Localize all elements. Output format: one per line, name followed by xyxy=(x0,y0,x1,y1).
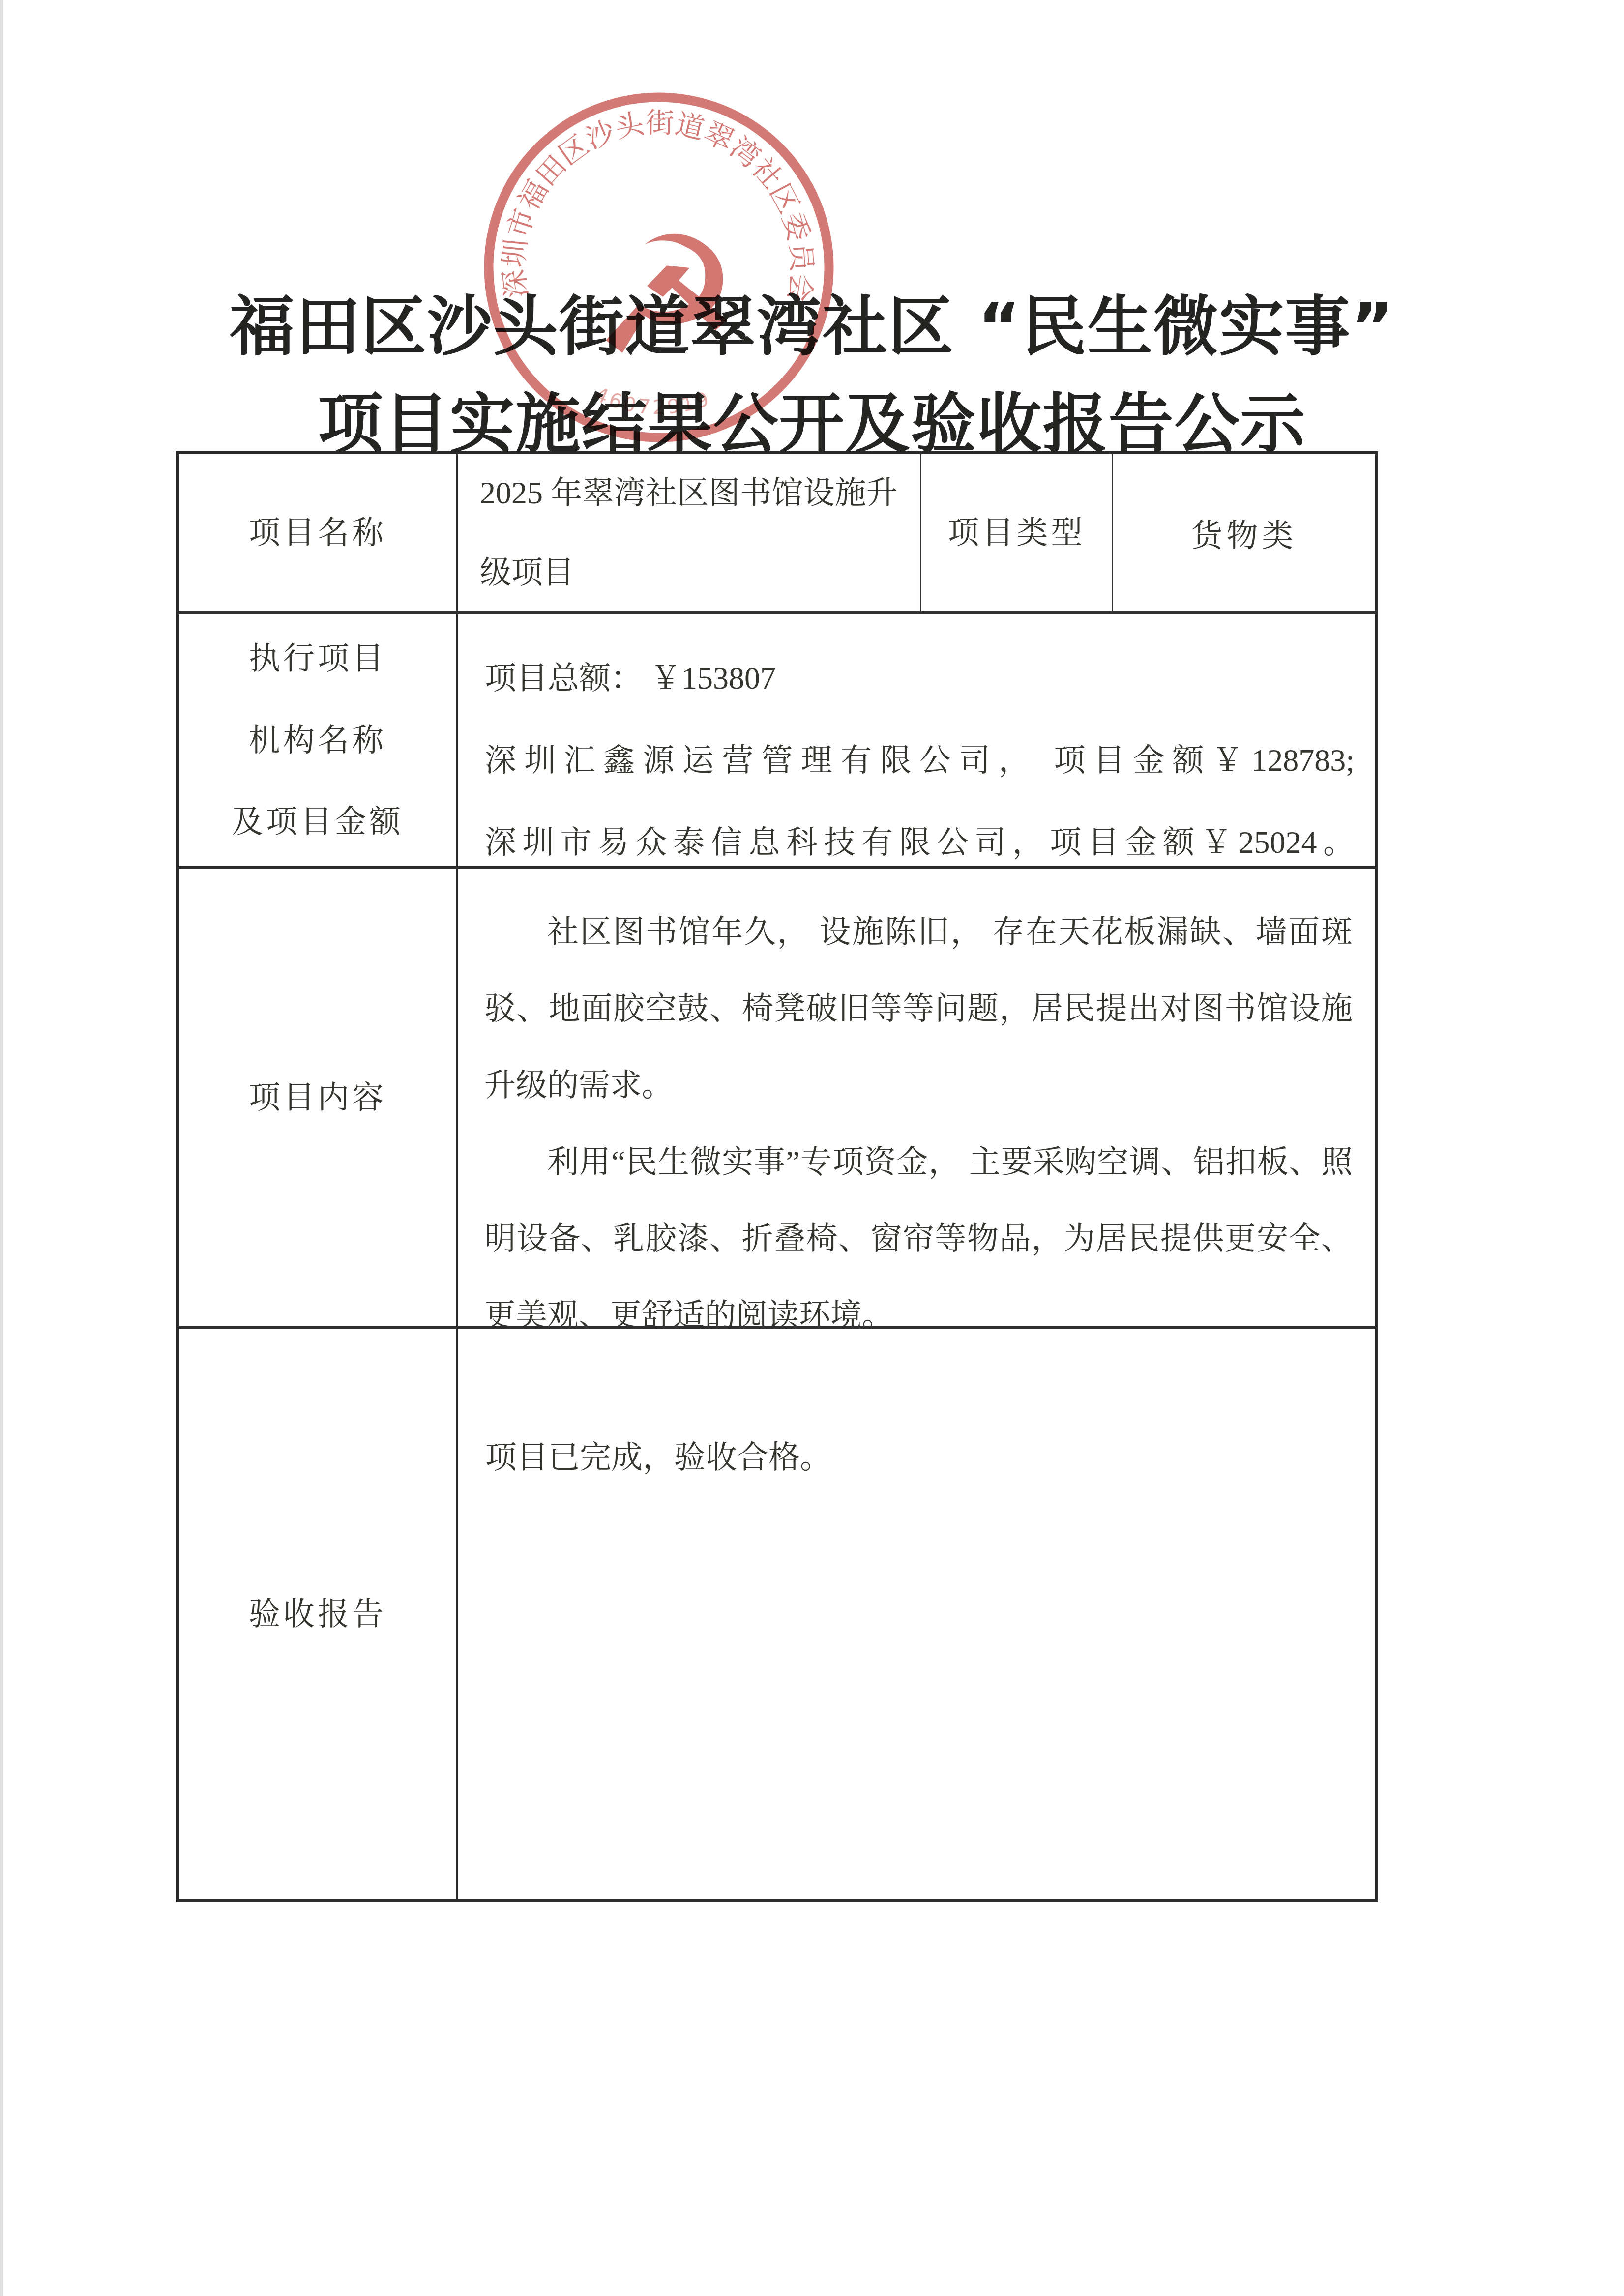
project-type-label-text: 项目类型 xyxy=(948,492,1086,574)
project-content-paragraph-1: 社区图书馆年久， 设施陈旧， 存在天花板漏缺、墙面斑驳、地面胶空鼓、椅凳破旧等等… xyxy=(484,894,1353,1124)
executing-org-label-line3: 及项目金额 xyxy=(232,781,404,863)
project-type-label: 项目类型 xyxy=(920,454,1112,611)
acceptance-report-text: 项目已完成，验收合格。 xyxy=(485,1418,1356,1497)
project-content-label: 项目内容 xyxy=(179,866,456,1326)
notice-table: 项目名称 2025 年翠湾社区图书馆设施升级项目 项目类型 货物类 执行项目 机… xyxy=(176,451,1378,1902)
acceptance-report-label-text: 验收报告 xyxy=(249,1573,386,1655)
project-content-paragraph-2: 利用“民生微实事”专项资金， 主要采购空调、铝扣板、照明设备、乳胶漆、折叠椅、窗… xyxy=(484,1124,1353,1354)
project-content-value: 社区图书馆年久， 设施陈旧， 存在天花板漏缺、墙面斑驳、地面胶空鼓、椅凳破旧等等… xyxy=(456,866,1375,1326)
project-content-label-text: 项目内容 xyxy=(249,1057,386,1138)
document-title-line2: 项目实施结果公开及验收报告公示 xyxy=(0,376,1624,473)
project-name-label-text: 项目名称 xyxy=(249,492,386,574)
acceptance-report-label: 验收报告 xyxy=(179,1326,456,1899)
executing-org-label-line1: 执行项目 xyxy=(249,618,386,699)
executing-org-label: 执行项目 机构名称 及项目金额 xyxy=(179,611,456,866)
executing-org-value: 项目总额： ￥153807 深圳汇鑫源运营管理有限公司， 项目金额￥128783… xyxy=(456,611,1375,866)
project-type-value-text: 货物类 xyxy=(1191,510,1298,555)
project-type-value: 货物类 xyxy=(1112,454,1375,611)
document-title-line1: 福田区沙头街道翠湾社区 “民生微实事” xyxy=(0,278,1624,376)
scanned-notice-page: 福田区沙头街道翠湾社区 “民生微实事” 项目实施结果公开及验收报告公示 深圳市福… xyxy=(0,0,1624,2296)
acceptance-report-value: 项目已完成，验收合格。 xyxy=(456,1326,1375,1899)
document-title: 福田区沙头街道翠湾社区 “民生微实事” 项目实施结果公开及验收报告公示 xyxy=(0,278,1624,473)
project-name-value: 2025 年翠湾社区图书馆设施升级项目 xyxy=(456,454,920,611)
executing-org-line1: 深圳汇鑫源运营管理有限公司， 项目金额￥128783; xyxy=(485,719,1355,801)
project-name-value-text: 2025 年翠湾社区图书馆设施升级项目 xyxy=(480,453,898,612)
project-name-label: 项目名称 xyxy=(179,454,456,611)
project-total-amount: 项目总额： ￥153807 xyxy=(485,637,1355,719)
executing-org-label-line2: 机构名称 xyxy=(249,699,386,781)
